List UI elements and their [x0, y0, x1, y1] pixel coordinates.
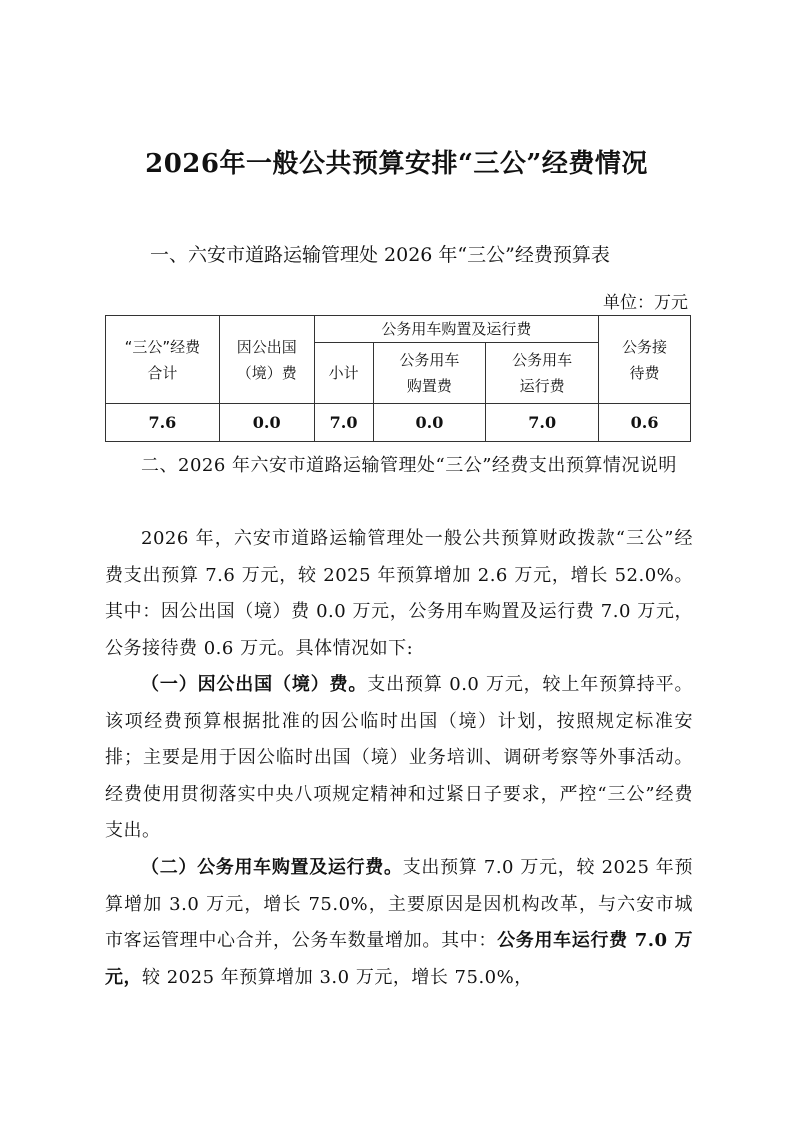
item1-text: 支出预算 0.0 万元，较上年预算持平。该项经费预算根据批准的因公临时出国（境）… [105, 674, 693, 841]
item1-heading: （一）因公出国（境）费。 [141, 674, 367, 695]
value-total: 7.6 [106, 404, 220, 442]
page-title: 2026年一般公共预算安排“三公”经费情况 [0, 143, 793, 180]
value-vehicle-operation: 7.0 [486, 404, 599, 442]
item2-heading: （二）公务用车购置及运行费。 [141, 857, 403, 878]
summary-paragraph: 2026 年，六安市道路运输管理处一般公共预算财政拨款“三公”经费支出预算 7.… [105, 521, 693, 667]
value-vehicle-subtotal: 7.0 [314, 404, 373, 442]
header-vehicle-purchase: 公务用车购置费 [373, 343, 486, 404]
item1-paragraph: （一）因公出国（境）费。支出预算 0.0 万元，较上年预算持平。该项经费预算根据… [105, 667, 693, 850]
value-reception: 0.6 [599, 404, 691, 442]
item2-paragraph: （二）公务用车购置及运行费。支出预算 7.0 万元，较 2025 年预算增加 3… [105, 850, 693, 996]
value-vehicle-purchase: 0.0 [373, 404, 486, 442]
unit-label: 单位：万元 [603, 288, 688, 313]
value-abroad: 0.0 [219, 404, 314, 442]
header-vehicle-subtotal: 小计 [314, 343, 373, 404]
budget-table: “三公”经费合计 因公出国（境）费 公务用车购置及运行费 公务接待费 小计 公务… [105, 315, 691, 442]
header-vehicle-operation: 公务用车运行费 [486, 343, 599, 404]
header-total: “三公”经费合计 [106, 316, 220, 404]
header-abroad: 因公出国（境）费 [219, 316, 314, 404]
header-reception: 公务接待费 [599, 316, 691, 404]
item2-subtext: 较 2025 年预算增加 3.0 万元，增长 75.0%， [142, 967, 533, 988]
header-vehicle-group: 公务用车购置及运行费 [314, 316, 598, 343]
section2-title: 二、2026 年六安市道路运输管理处“三公”经费支出预算情况说明 [105, 448, 693, 485]
section1-title: 一、六安市道路运输管理处 2026 年“三公”经费预算表 [150, 240, 610, 267]
